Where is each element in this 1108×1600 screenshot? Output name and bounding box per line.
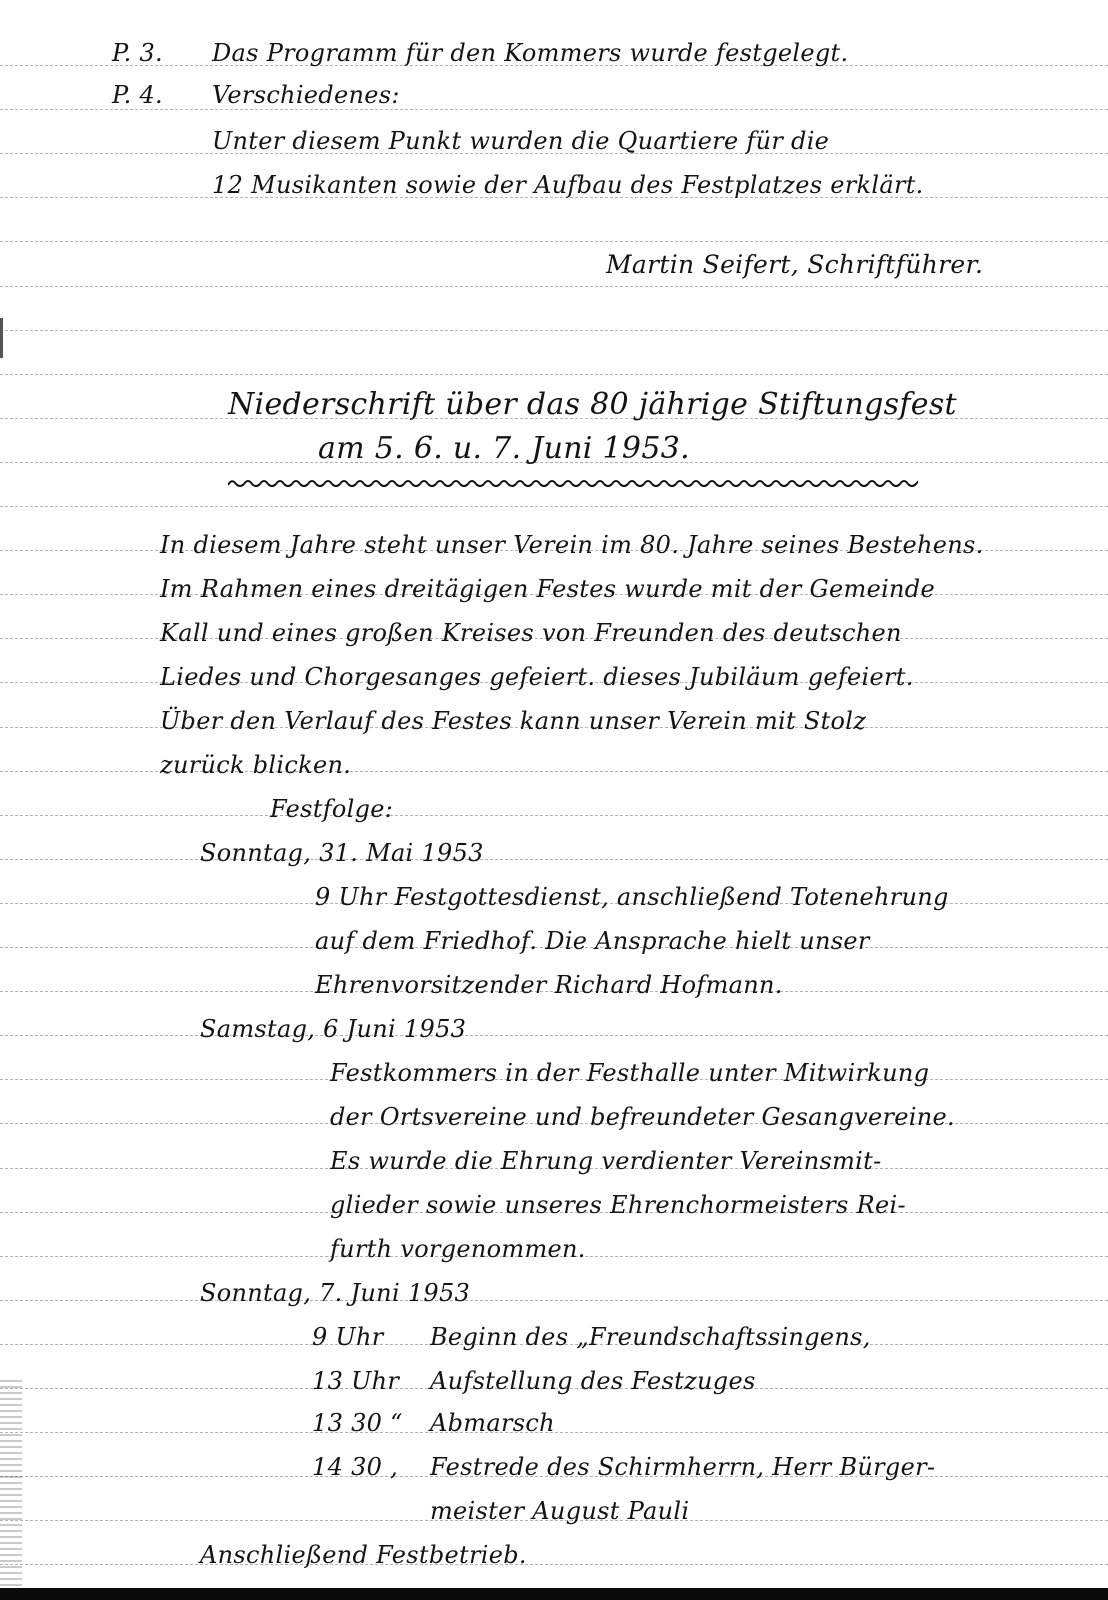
schedule-text: Festrede des Schirmherrn, Herr Bürger- — [430, 1453, 935, 1481]
day-line: Ehrenvorsitzender Richard Hofmann. — [315, 970, 783, 1000]
margin-mark — [0, 318, 3, 358]
signature: Martin Seifert, Schriftführer. — [606, 250, 983, 280]
scan-edge-noise — [0, 1380, 22, 1588]
ruled-line — [0, 330, 1108, 331]
ruled-line — [0, 506, 1108, 507]
day-line: Festkommers in der Festhalle unter Mitwi… — [330, 1058, 929, 1088]
item4-body-line: Unter diesem Punkt wurden die Quartiere … — [212, 126, 829, 156]
schedule-text: Abmarsch — [430, 1409, 555, 1437]
day-line: auf dem Friedhof. Die Ansprache hielt un… — [315, 926, 870, 956]
ruled-line — [0, 286, 1108, 287]
agenda-text: Das Programm für den Kommers wurde festg… — [212, 39, 848, 67]
agenda-text: Verschiedenes: — [212, 81, 400, 109]
document-title: Niederschrift über das 80 jährige Stiftu… — [228, 390, 957, 420]
agenda-item-4: P. 4.Verschiedenes: — [112, 80, 400, 110]
intro-line: Kall und eines großen Kreises von Freund… — [160, 618, 902, 648]
document-page: P. 3.Das Programm für den Kommers wurde … — [0, 0, 1108, 1600]
intro-line: Liedes und Chorgesanges gefeiert. dieses… — [160, 662, 914, 692]
ruled-line — [0, 1300, 1108, 1301]
schedule-time: 13 30 “ — [312, 1408, 430, 1438]
title-underline — [228, 476, 918, 490]
intro-line: zurück blicken. — [160, 750, 351, 780]
ruled-line — [0, 815, 1108, 816]
day-date: Sonntag, 7. Juni 1953 — [200, 1278, 470, 1308]
schedule-row: 9 UhrBeginn des „Freundschaftssingens, — [312, 1322, 871, 1352]
agenda-item-3: P. 3.Das Programm für den Kommers wurde … — [112, 38, 848, 68]
document-subtitle: am 5. 6. u. 7. Juni 1953. — [318, 434, 690, 464]
day-line: furth vorgenommen. — [330, 1234, 586, 1264]
intro-line: Über den Verlauf des Festes kann unser V… — [160, 706, 866, 736]
schedule-row: 14 30 ,Festrede des Schirmherrn, Herr Bü… — [312, 1452, 935, 1482]
day-line: 9 Uhr Festgottesdienst, anschließend Tot… — [315, 882, 949, 912]
item4-body-line: 12 Musikanten sowie der Aufbau des Festp… — [212, 170, 924, 200]
schedule-text: Aufstellung des Festzuges — [430, 1367, 756, 1395]
schedule-row: 13 30 “Abmarsch — [312, 1408, 555, 1438]
ruled-line — [0, 1035, 1108, 1036]
schedule-time: 13 Uhr — [312, 1366, 430, 1396]
day-date: Sonntag, 31. Mai 1953 — [200, 838, 484, 868]
ruled-line — [0, 241, 1108, 242]
day-line: glieder sowie unseres Ehrenchormeisters … — [330, 1190, 906, 1220]
agenda-label: P. 4. — [112, 80, 212, 110]
agenda-label: P. 3. — [112, 38, 212, 68]
schedule-time: 9 Uhr — [312, 1322, 430, 1352]
schedule-time: 14 30 , — [312, 1452, 430, 1482]
schedule-row: 13 UhrAufstellung des Festzuges — [312, 1366, 756, 1396]
program-heading: Festfolge: — [270, 794, 393, 824]
day-date: Samstag, 6 Juni 1953 — [200, 1014, 466, 1044]
ruled-line — [0, 374, 1108, 375]
day-line: der Ortsvereine und befreundeter Gesangv… — [330, 1102, 955, 1132]
ruled-line — [0, 859, 1108, 860]
day-line: Es wurde die Ehrung verdienter Vereinsmi… — [330, 1146, 882, 1176]
schedule-row: meister August Pauli — [312, 1496, 689, 1526]
intro-line: Im Rahmen eines dreitägigen Festes wurde… — [160, 574, 935, 604]
ruled-line — [0, 1564, 1108, 1565]
closing-line: Anschließend Festbetrieb. — [200, 1540, 527, 1570]
schedule-text: meister August Pauli — [430, 1497, 689, 1525]
intro-line: In diesem Jahre steht unser Verein im 80… — [160, 530, 984, 560]
schedule-text: Beginn des „Freundschaftssingens, — [430, 1323, 871, 1351]
scan-bottom-border — [0, 1588, 1108, 1600]
